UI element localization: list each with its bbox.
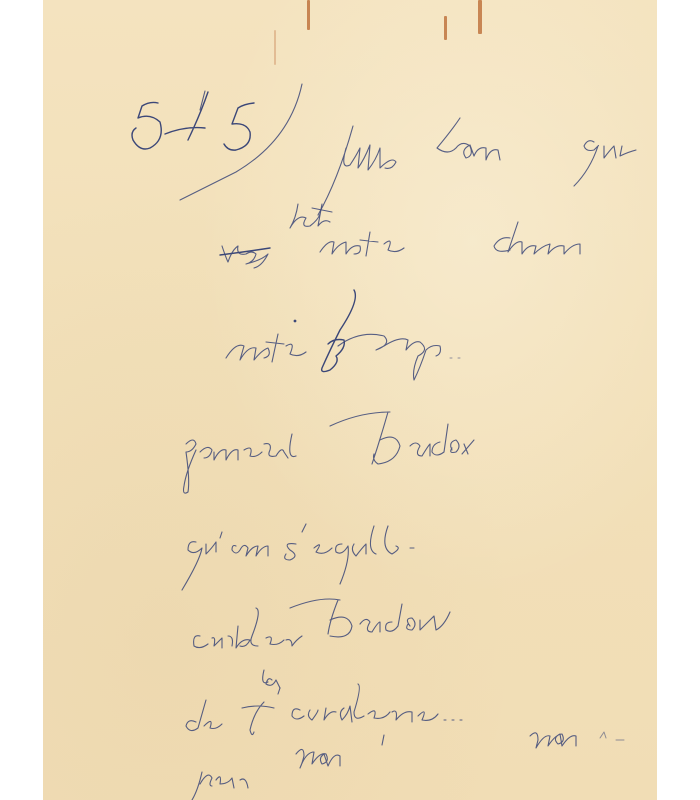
line-1-strokes bbox=[318, 118, 636, 215]
line-6-strokes bbox=[194, 599, 450, 648]
handwriting-strokes bbox=[0, 0, 700, 800]
line-5-strokes bbox=[182, 524, 414, 590]
line-3-strokes bbox=[226, 290, 460, 380]
page-number-strokes bbox=[132, 84, 302, 200]
line-4-strokes bbox=[184, 412, 475, 493]
line-7-strokes bbox=[186, 670, 462, 735]
line-8-strokes bbox=[192, 732, 624, 800]
line-2-strokes bbox=[220, 204, 580, 268]
